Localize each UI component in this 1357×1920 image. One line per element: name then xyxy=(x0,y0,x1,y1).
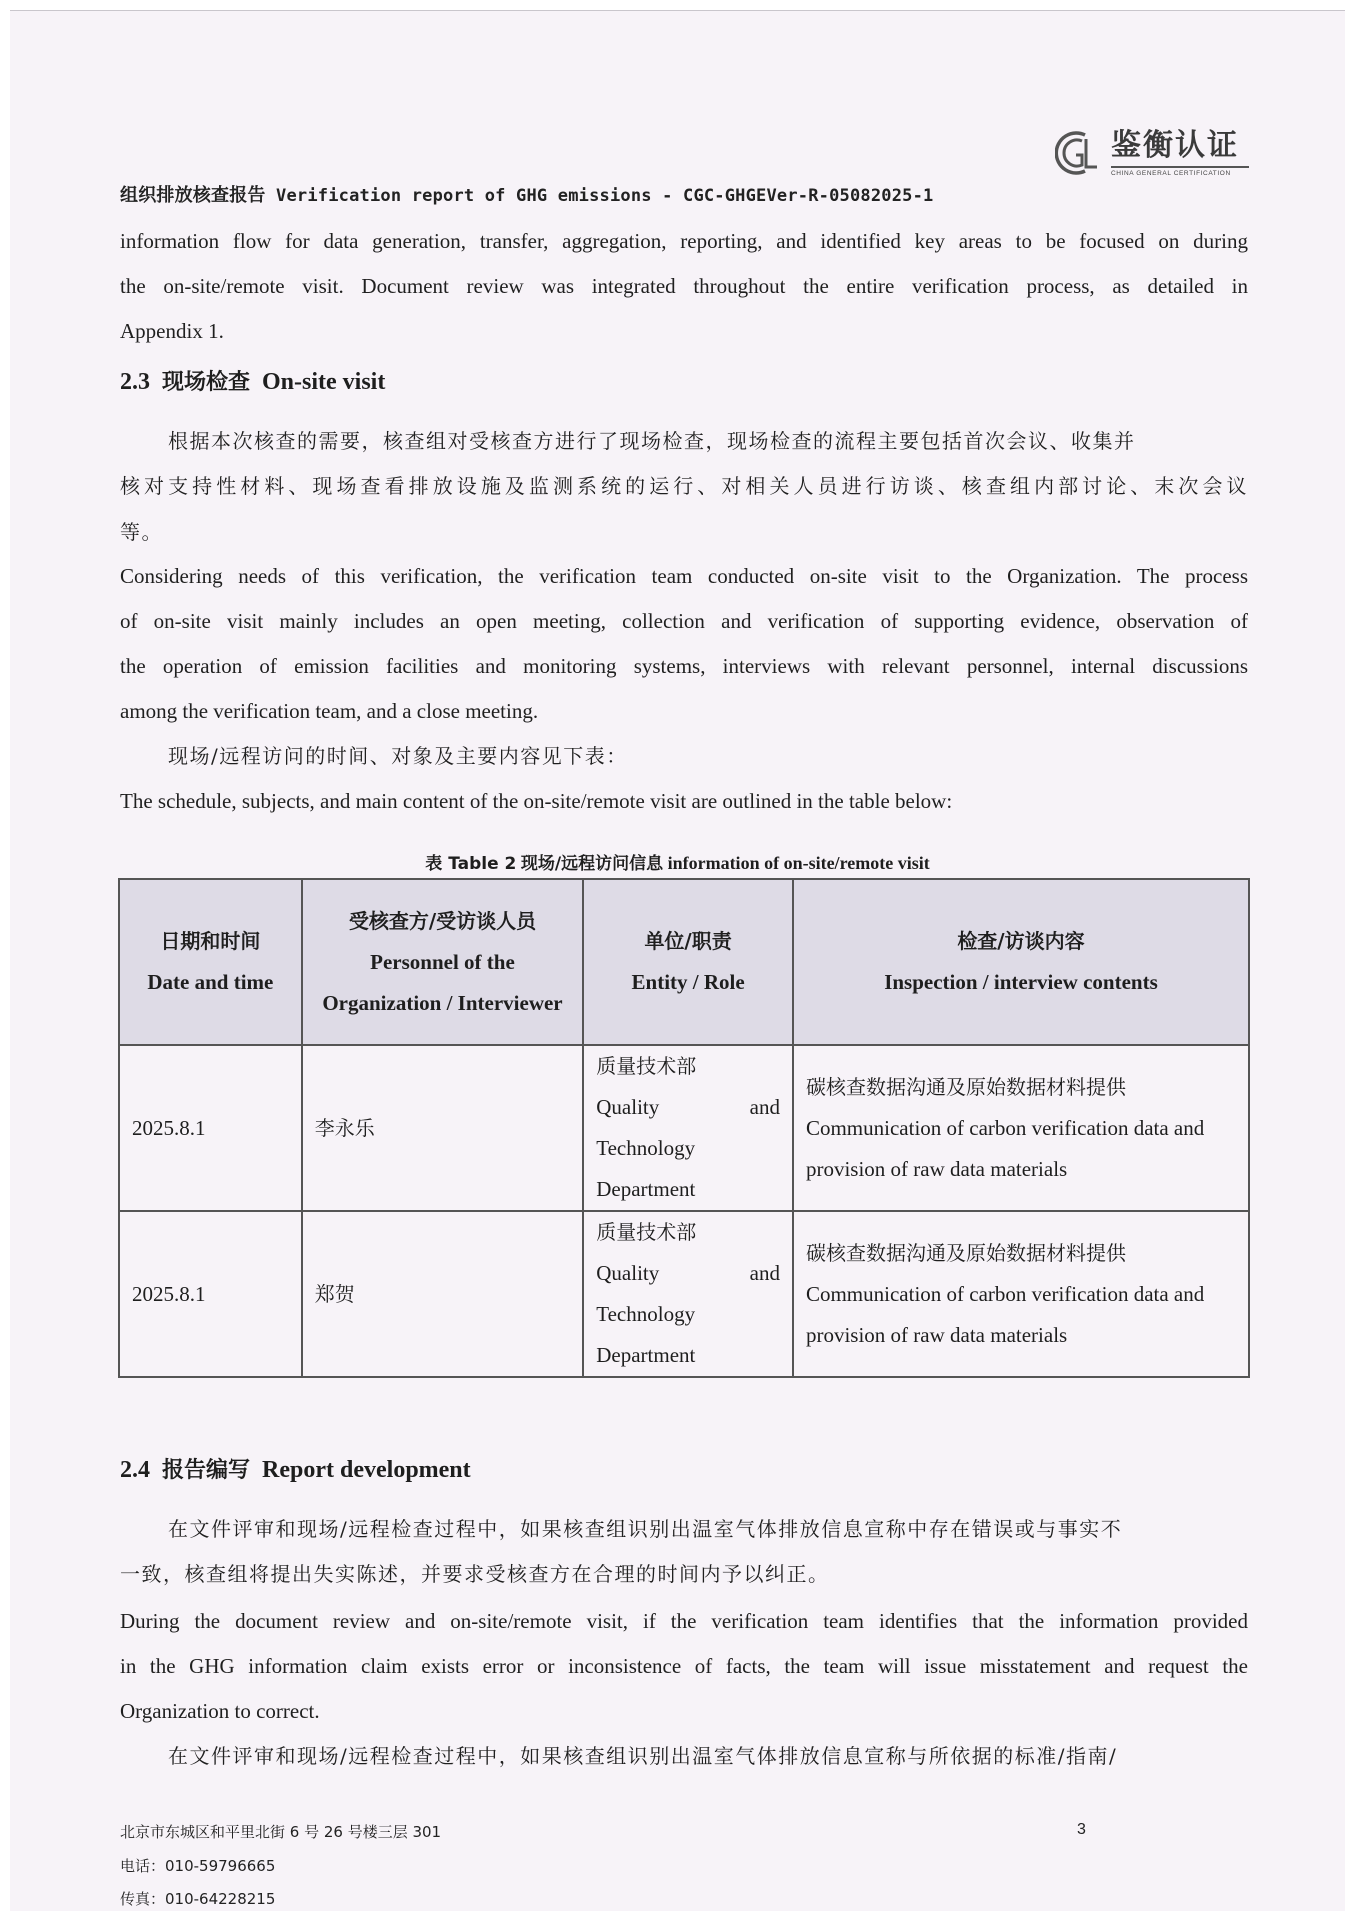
footer-fax: 传真：010-64228215 xyxy=(120,1888,275,1909)
running-header: 组织排放核查报告 Verification report of GHG emis… xyxy=(120,181,933,207)
cell-date: 2025.8.1 xyxy=(119,1211,302,1377)
document-page: 鉴衡认证 CHINA GENERAL CERTIFICATION 组织排放核查报… xyxy=(10,10,1345,1911)
page-number: 3 xyxy=(1077,1821,1086,1839)
para-cn-line-3: 等。 xyxy=(120,519,1248,545)
running-header-en: Verification report of GHG emissions - C… xyxy=(276,186,933,206)
company-logo: 鉴衡认证 CHINA GENERAL CERTIFICATION xyxy=(1055,127,1255,187)
cgc-logo-icon xyxy=(1055,129,1103,177)
section-heading-2-4: 2.4报告编写Report development xyxy=(120,1453,471,1484)
running-header-cn: 组织排放核查报告 xyxy=(120,185,266,206)
col-header-personnel: 受核查方/受访谈人员 Personnel of the Organization… xyxy=(302,879,584,1045)
table-caption: 表 Table 2 现场/远程访问信息 information of on-si… xyxy=(10,849,1345,874)
cell-content: 碳核查数据沟通及原始数据材料提供 Communication of carbon… xyxy=(793,1211,1249,1377)
intro-line-3: Appendix 1. xyxy=(120,318,1248,344)
col-header-date: 日期和时间 Date and time xyxy=(119,879,302,1045)
para-cn-line-1: 根据本次核查的需要，核查组对受核查方进行了现场检查，现场检查的流程主要包括首次会… xyxy=(168,428,1248,454)
col-header-content: 检查/访谈内容 Inspection / interview contents xyxy=(793,879,1249,1045)
cell-role: 质量技术部 Qualityand Technology Department xyxy=(583,1211,793,1377)
intro-line-2: the on-site/remote visit. Document revie… xyxy=(120,273,1248,299)
para-2-4-en-line-3: Organization to correct. xyxy=(120,1698,1248,1724)
cell-date: 2025.8.1 xyxy=(119,1045,302,1211)
para-en-line-4: among the verification team, and a close… xyxy=(120,698,1248,724)
para-2-4-en-line-1: During the document review and on-site/r… xyxy=(120,1608,1248,1634)
footer-phone: 电话：010-59796665 xyxy=(120,1855,275,1876)
cell-person: 郑贺 xyxy=(302,1211,584,1377)
logo-english-text: CHINA GENERAL CERTIFICATION xyxy=(1111,170,1231,177)
logo-divider xyxy=(1111,166,1249,168)
para-cn-line-2: 核对支持性材料、现场查看排放设施及监测系统的运行、对相关人员进行访谈、核查组内部… xyxy=(120,473,1248,499)
para-2-4-en-line-2: in the GHG information claim exists erro… xyxy=(120,1653,1248,1679)
para-en-line-2: of on-site visit mainly includes an open… xyxy=(120,608,1248,634)
para-2-4-cn2-line-1: 在文件评审和现场/远程检查过程中，如果核查组识别出温室气体排放信息宣称与所依据的… xyxy=(168,1743,1248,1769)
section-heading-2-3: 2.3现场检查On-site visit xyxy=(120,365,385,396)
footer-address: 北京市东城区和平里北街 6 号 26 号楼三层 301 xyxy=(120,1821,441,1842)
para-2-4-cn-line-1: 在文件评审和现场/远程检查过程中，如果核查组识别出温室气体排放信息宣称中存在错误… xyxy=(168,1516,1248,1542)
cell-content: 碳核查数据沟通及原始数据材料提供 Communication of carbon… xyxy=(793,1045,1249,1211)
cell-role: 质量技术部 Qualityand Technology Department xyxy=(583,1045,793,1211)
table-header-row: 日期和时间 Date and time 受核查方/受访谈人员 Personnel… xyxy=(119,879,1249,1045)
table-row: 2025.8.1 郑贺 质量技术部 Qualityand Technology … xyxy=(119,1211,1249,1377)
logo-chinese-text: 鉴衡认证 xyxy=(1111,129,1239,163)
col-header-role: 单位/职责 Entity / Role xyxy=(583,879,793,1045)
para-en-line-1: Considering needs of this verification, … xyxy=(120,563,1248,589)
para-2-4-cn-line-2: 一致，核查组将提出失实陈述，并要求受核查方在合理的时间内予以纠正。 xyxy=(120,1561,1248,1587)
visit-info-table: 日期和时间 Date and time 受核查方/受访谈人员 Personnel… xyxy=(118,878,1250,1378)
table-row: 2025.8.1 李永乐 质量技术部 Qualityand Technology… xyxy=(119,1045,1249,1211)
intro-line-1: information flow for data generation, tr… xyxy=(120,228,1248,254)
table-intro-cn: 现场/远程访问的时间、对象及主要内容见下表： xyxy=(168,743,1296,769)
para-en-line-3: the operation of emission facilities and… xyxy=(120,653,1248,679)
cell-person: 李永乐 xyxy=(302,1045,584,1211)
table-intro-en: The schedule, subjects, and main content… xyxy=(120,788,1248,814)
